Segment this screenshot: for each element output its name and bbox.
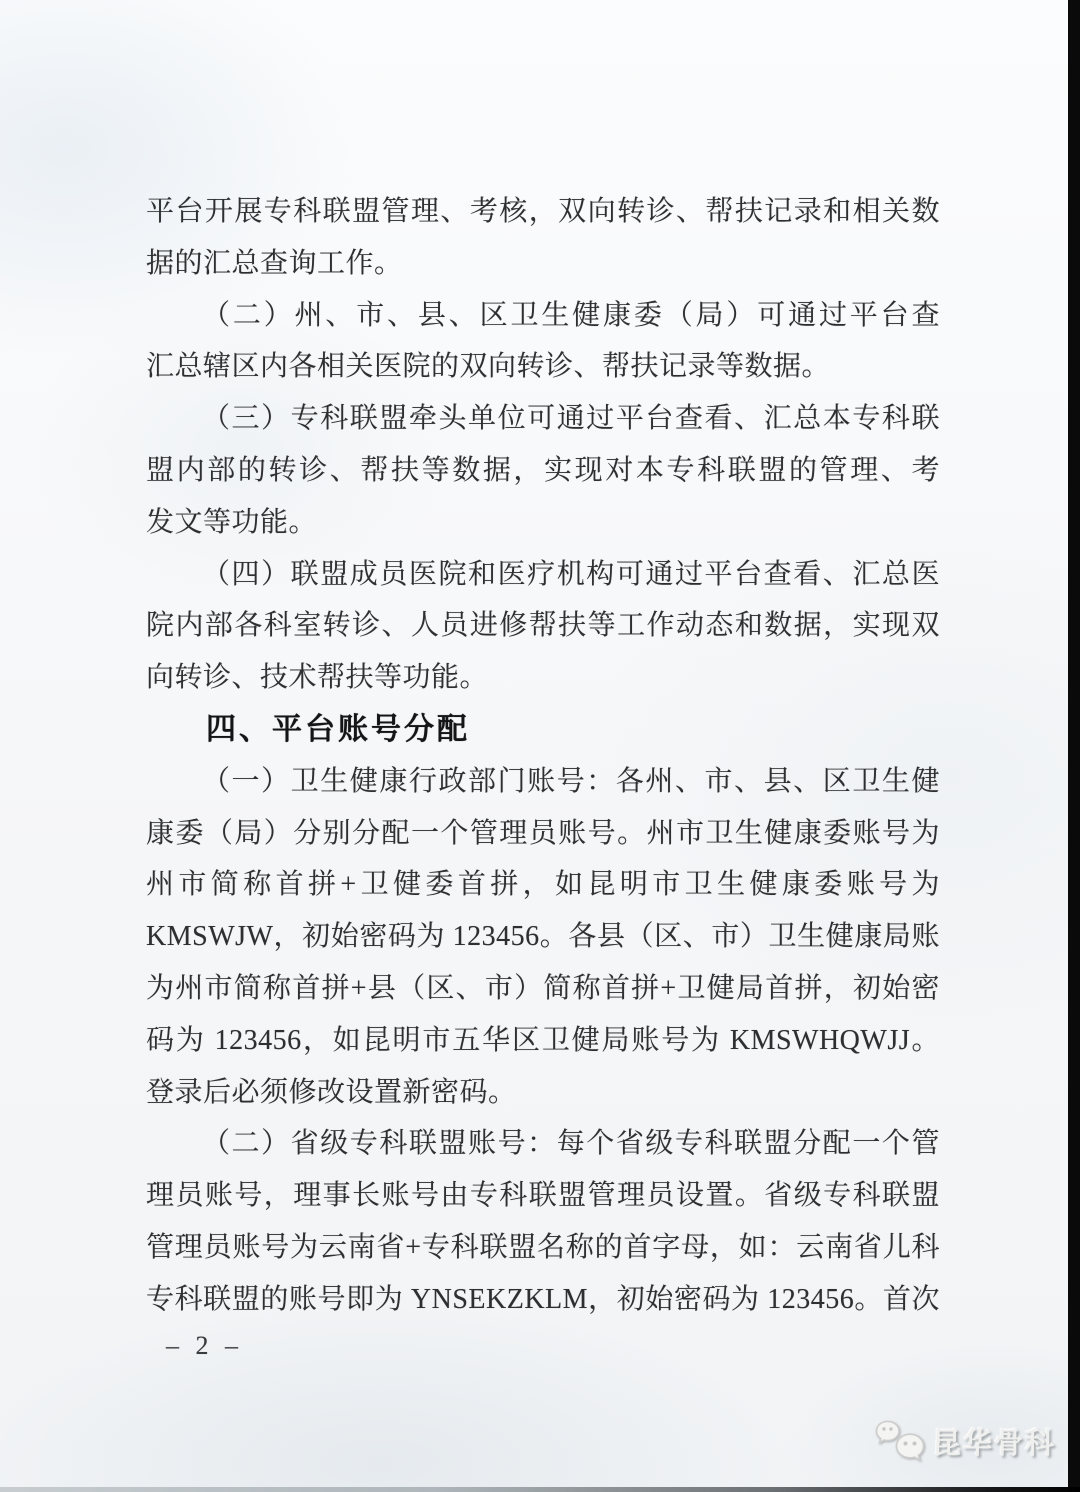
body-line: （二）省级专科联盟账号：每个省级专科联盟分配一个管 [146, 1118, 940, 1170]
scan-edge-bottom [0, 1487, 1080, 1492]
body-line: 专科联盟的账号即为 YNSEKZKLM，初始密码为 123456。首次登 [146, 1274, 940, 1326]
body-line: 康委（局）分别分配一个管理员账号。州市卫生健康委账号为 [146, 808, 940, 860]
page-number: – 2 – [166, 1331, 243, 1361]
body-line: 向转诊、技术帮扶等功能。 [146, 652, 940, 704]
body-line: （一）卫生健康行政部门账号：各州、市、县、区卫生健 [146, 756, 940, 808]
section-heading: 四、平台账号分配 [146, 704, 940, 756]
body-line: 据的汇总查询工作。 [146, 238, 940, 290]
document-body: 平台开展专科联盟管理、考核，双向转诊、帮扶记录和相关数 据的汇总查询工作。 （二… [146, 186, 940, 1326]
scan-edge-right [1068, 0, 1080, 1492]
body-line: 理员账号，理事长账号由专科联盟管理员设置。省级专科联盟 [146, 1170, 940, 1222]
watermark: 昆华骨科 [874, 1419, 1056, 1463]
body-line: 发文等功能。 [146, 497, 940, 549]
body-line: （四）联盟成员医院和医疗机构可通过平台查看、汇总医 [146, 549, 940, 601]
body-line: 盟内部的转诊、帮扶等数据，实现对本专科联盟的管理、考核、 [146, 445, 940, 497]
body-line: KMSWJW，初始密码为 123456。各县（区、市）卫生健康局账号 [146, 911, 940, 963]
body-line: （二）州、市、县、区卫生健康委（局）可通过平台查看、 [146, 290, 940, 342]
body-line: 登录后必须修改设置新密码。 [146, 1067, 940, 1119]
body-line: 平台开展专科联盟管理、考核，双向转诊、帮扶记录和相关数 [146, 186, 940, 238]
body-line: 为州市简称首拼+县（区、市）简称首拼+卫健局首拼，初始密 [146, 963, 940, 1015]
body-line: 院内部各科室转诊、人员进修帮扶等工作动态和数据，实现双 [146, 600, 940, 652]
watermark-label: 昆华骨科 [932, 1421, 1056, 1462]
wechat-icon [874, 1419, 926, 1463]
body-line: 管理员账号为云南省+专科联盟名称的首字母，如：云南省儿科 [146, 1222, 940, 1274]
body-line: 码为 123456，如昆明市五华区卫健局账号为 KMSWHQWJJ。首次 [146, 1015, 940, 1067]
body-line: 汇总辖区内各相关医院的双向转诊、帮扶记录等数据。 [146, 341, 940, 393]
body-line: 州市简称首拼+卫健委首拼，如昆明市卫生健康委账号为 [146, 859, 940, 911]
body-line: （三）专科联盟牵头单位可通过平台查看、汇总本专科联 [146, 393, 940, 445]
